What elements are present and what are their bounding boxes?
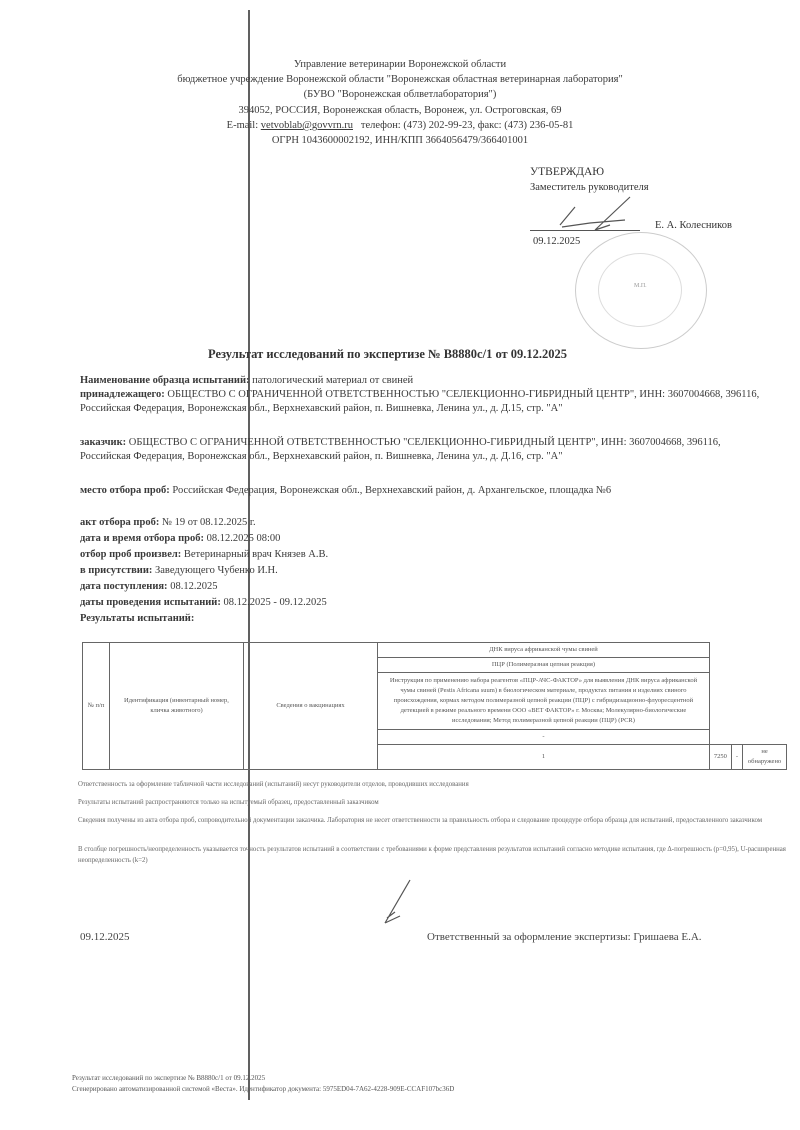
footer-reference: Результат исследований по экспертизе № В… [72,1073,265,1084]
phones: телефон: (473) 202-99-23, факс: (473) 23… [361,120,573,131]
field-received-date: дата поступления: 08.12.2025 [80,580,770,594]
field-results-heading: Результаты испытаний: [80,612,770,626]
cell-vaccination: - [731,745,742,770]
field-presence: в присутствии: Заведующего Чубенко И.Н. [80,564,770,578]
note-sampling: Сведения получены из акта отбора проб, с… [78,815,788,826]
field-sampling-place: место отбора проб: Российская Федерация,… [80,484,770,498]
note-responsibility: Ответственность за оформление табличной … [78,779,788,790]
cell-number: 1 [378,745,710,770]
responsible-person: Ответственный за оформление экспертизы: … [427,931,702,943]
header-department: Управление ветеринарии Воронежской облас… [0,57,800,72]
col-header-vaccination: Сведения о вакцинациях [244,643,378,770]
note-scope: Результаты испытаний распространяются то… [78,797,788,808]
col-header-number: № п/п [83,643,110,770]
email-label: E-mail: [227,120,259,131]
header-address: 394052, РОССИЯ, Воронежская область, Вор… [0,103,800,118]
col-header-method: ПЦР (Полимеразная цепная реакция) [378,658,710,673]
header-short-name: (БУВО "Воронежская облветлаборатория") [0,87,800,102]
document-title: Результат исследований по экспертизе № В… [208,347,567,362]
col-header-identification: Идентификация (инвентарный номер, кличка… [110,643,244,770]
header-institution: бюджетное учреждение Воронежской области… [0,72,800,87]
col-header-test-name: ДНК вируса африканской чумы свиней [378,643,710,658]
email-link[interactable]: vetvoblab@govvrn.ru [261,120,353,131]
header-contacts: E-mail: vetvoblab@govvrn.ru телефон: (47… [0,118,800,133]
field-customer: заказчик: ОБЩЕСТВО С ОГРАНИЧЕННОЙ ОТВЕТС… [80,436,770,464]
field-sample-name: Наименование образца испытаний: патологи… [80,374,770,388]
cell-identification: 7250 [709,745,731,770]
cell-result: не обнаружено [743,745,787,770]
stamp-icon: М.П. [575,232,707,349]
field-sampling-act: акт отбора проб: № 19 от 08.12.2025 г. [80,516,770,530]
approver-name: Е. А. Колесников [655,220,732,231]
col-header-norm: - [378,730,710,745]
approver-position: Заместитель руководителя [530,182,649,193]
field-sampling-datetime: дата и время отбора проб: 08.12.2025 08:… [80,532,770,546]
approval-date: 09.12.2025 [533,236,580,247]
field-owner: принадлежащего: ОБЩЕСТВО С ОГРАНИЧЕННОЙ … [80,388,770,416]
signoff-date: 09.12.2025 [80,931,130,943]
results-table: № п/п Идентификация (инвентарный номер, … [82,642,787,770]
col-header-method-doc: Инструкция по применению набора реагенто… [378,673,710,730]
field-sampled-by: отбор проб произвел: Ветеринарный врач К… [80,548,770,562]
footer-generated: Сгенерировано автоматизированной системо… [72,1084,454,1095]
field-testing-dates: даты проведения испытаний: 08.12.2025 - … [80,596,770,610]
note-uncertainty: В столбце погрешность/неопределенность у… [78,844,788,866]
approve-heading: УТВЕРЖДАЮ [530,166,604,178]
responsible-signature-icon [375,878,425,928]
header-ogrn: ОГРН 1043600002192, ИНН/КПП 3664056479/3… [0,133,800,148]
